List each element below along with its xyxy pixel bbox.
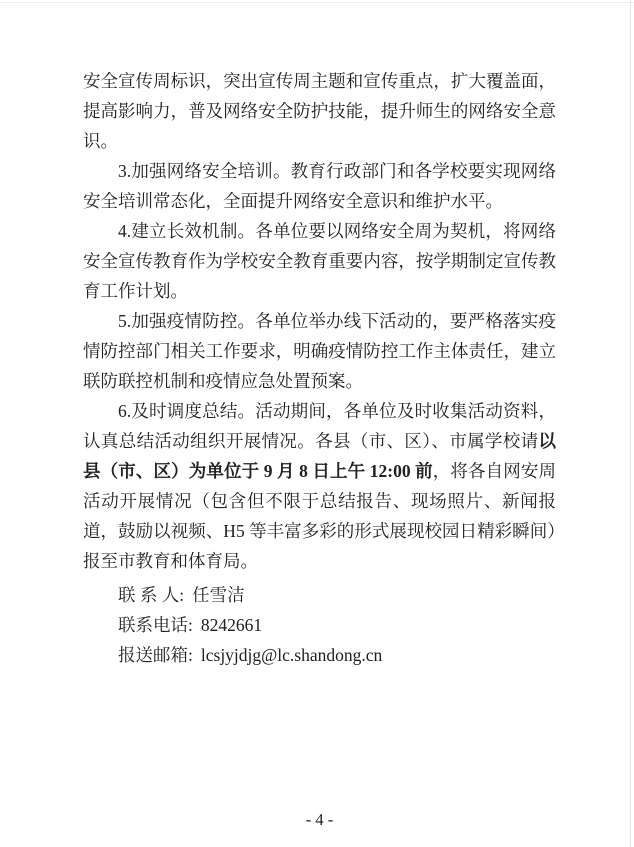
paragraph-item-4: 4.建立长效机制。各单位要以网络安全周为契机，将网络安全宣传教育作为学校安全教育… bbox=[83, 216, 556, 306]
page-top-edge-line bbox=[0, 2, 634, 3]
contact-phone-row: 联系电话:8242661 bbox=[83, 610, 556, 640]
contact-person-value: 任雪洁 bbox=[192, 585, 245, 605]
contact-email-row: 报送邮箱:lcsjyjdjg@lc.shandong.cn bbox=[83, 640, 556, 670]
contact-email-label: 报送邮箱: bbox=[118, 645, 193, 665]
contact-phone-value: 8242661 bbox=[201, 615, 262, 635]
paragraph-item-3: 3.加强网络安全培训。教育行政部门和各学校要实现网络安全培训常态化，全面提升网络… bbox=[83, 156, 556, 216]
page-right-edge-line bbox=[630, 0, 631, 847]
document-page: { "page": { "background": "#ffffff", "te… bbox=[0, 0, 634, 847]
paragraph-item-6: 6.及时调度总结。活动期间，各单位及时收集活动资料，认真总结活动组织开展情况。各… bbox=[83, 396, 556, 576]
contact-info-block: 联 系 人:任雪洁 联系电话:8242661 报送邮箱:lcsjyjdjg@lc… bbox=[83, 580, 556, 670]
document-body: 安全宣传周标识，突出宣传周主题和宣传重点，扩大覆盖面，提高影响力，普及网络安全防… bbox=[83, 66, 556, 670]
page-number: - 4 - bbox=[83, 810, 556, 830]
contact-phone-label: 联系电话: bbox=[118, 615, 193, 635]
paragraph-item-6-text: 6.及时调度总结。活动期间，各单位及时收集活动资料，认真总结活动组织开展情况。各… bbox=[83, 401, 556, 451]
contact-person-row: 联 系 人:任雪洁 bbox=[83, 580, 556, 610]
paragraph-continuation: 安全宣传周标识，突出宣传周主题和宣传重点，扩大覆盖面，提高影响力，普及网络安全防… bbox=[83, 66, 556, 156]
paragraph-item-5: 5.加强疫情防控。各单位举办线下活动的，要严格落实疫情防控部门相关工作要求，明确… bbox=[83, 306, 556, 396]
contact-person-label: 联 系 人: bbox=[118, 585, 184, 605]
contact-email-value: lcsjyjdjg@lc.shandong.cn bbox=[201, 645, 382, 665]
